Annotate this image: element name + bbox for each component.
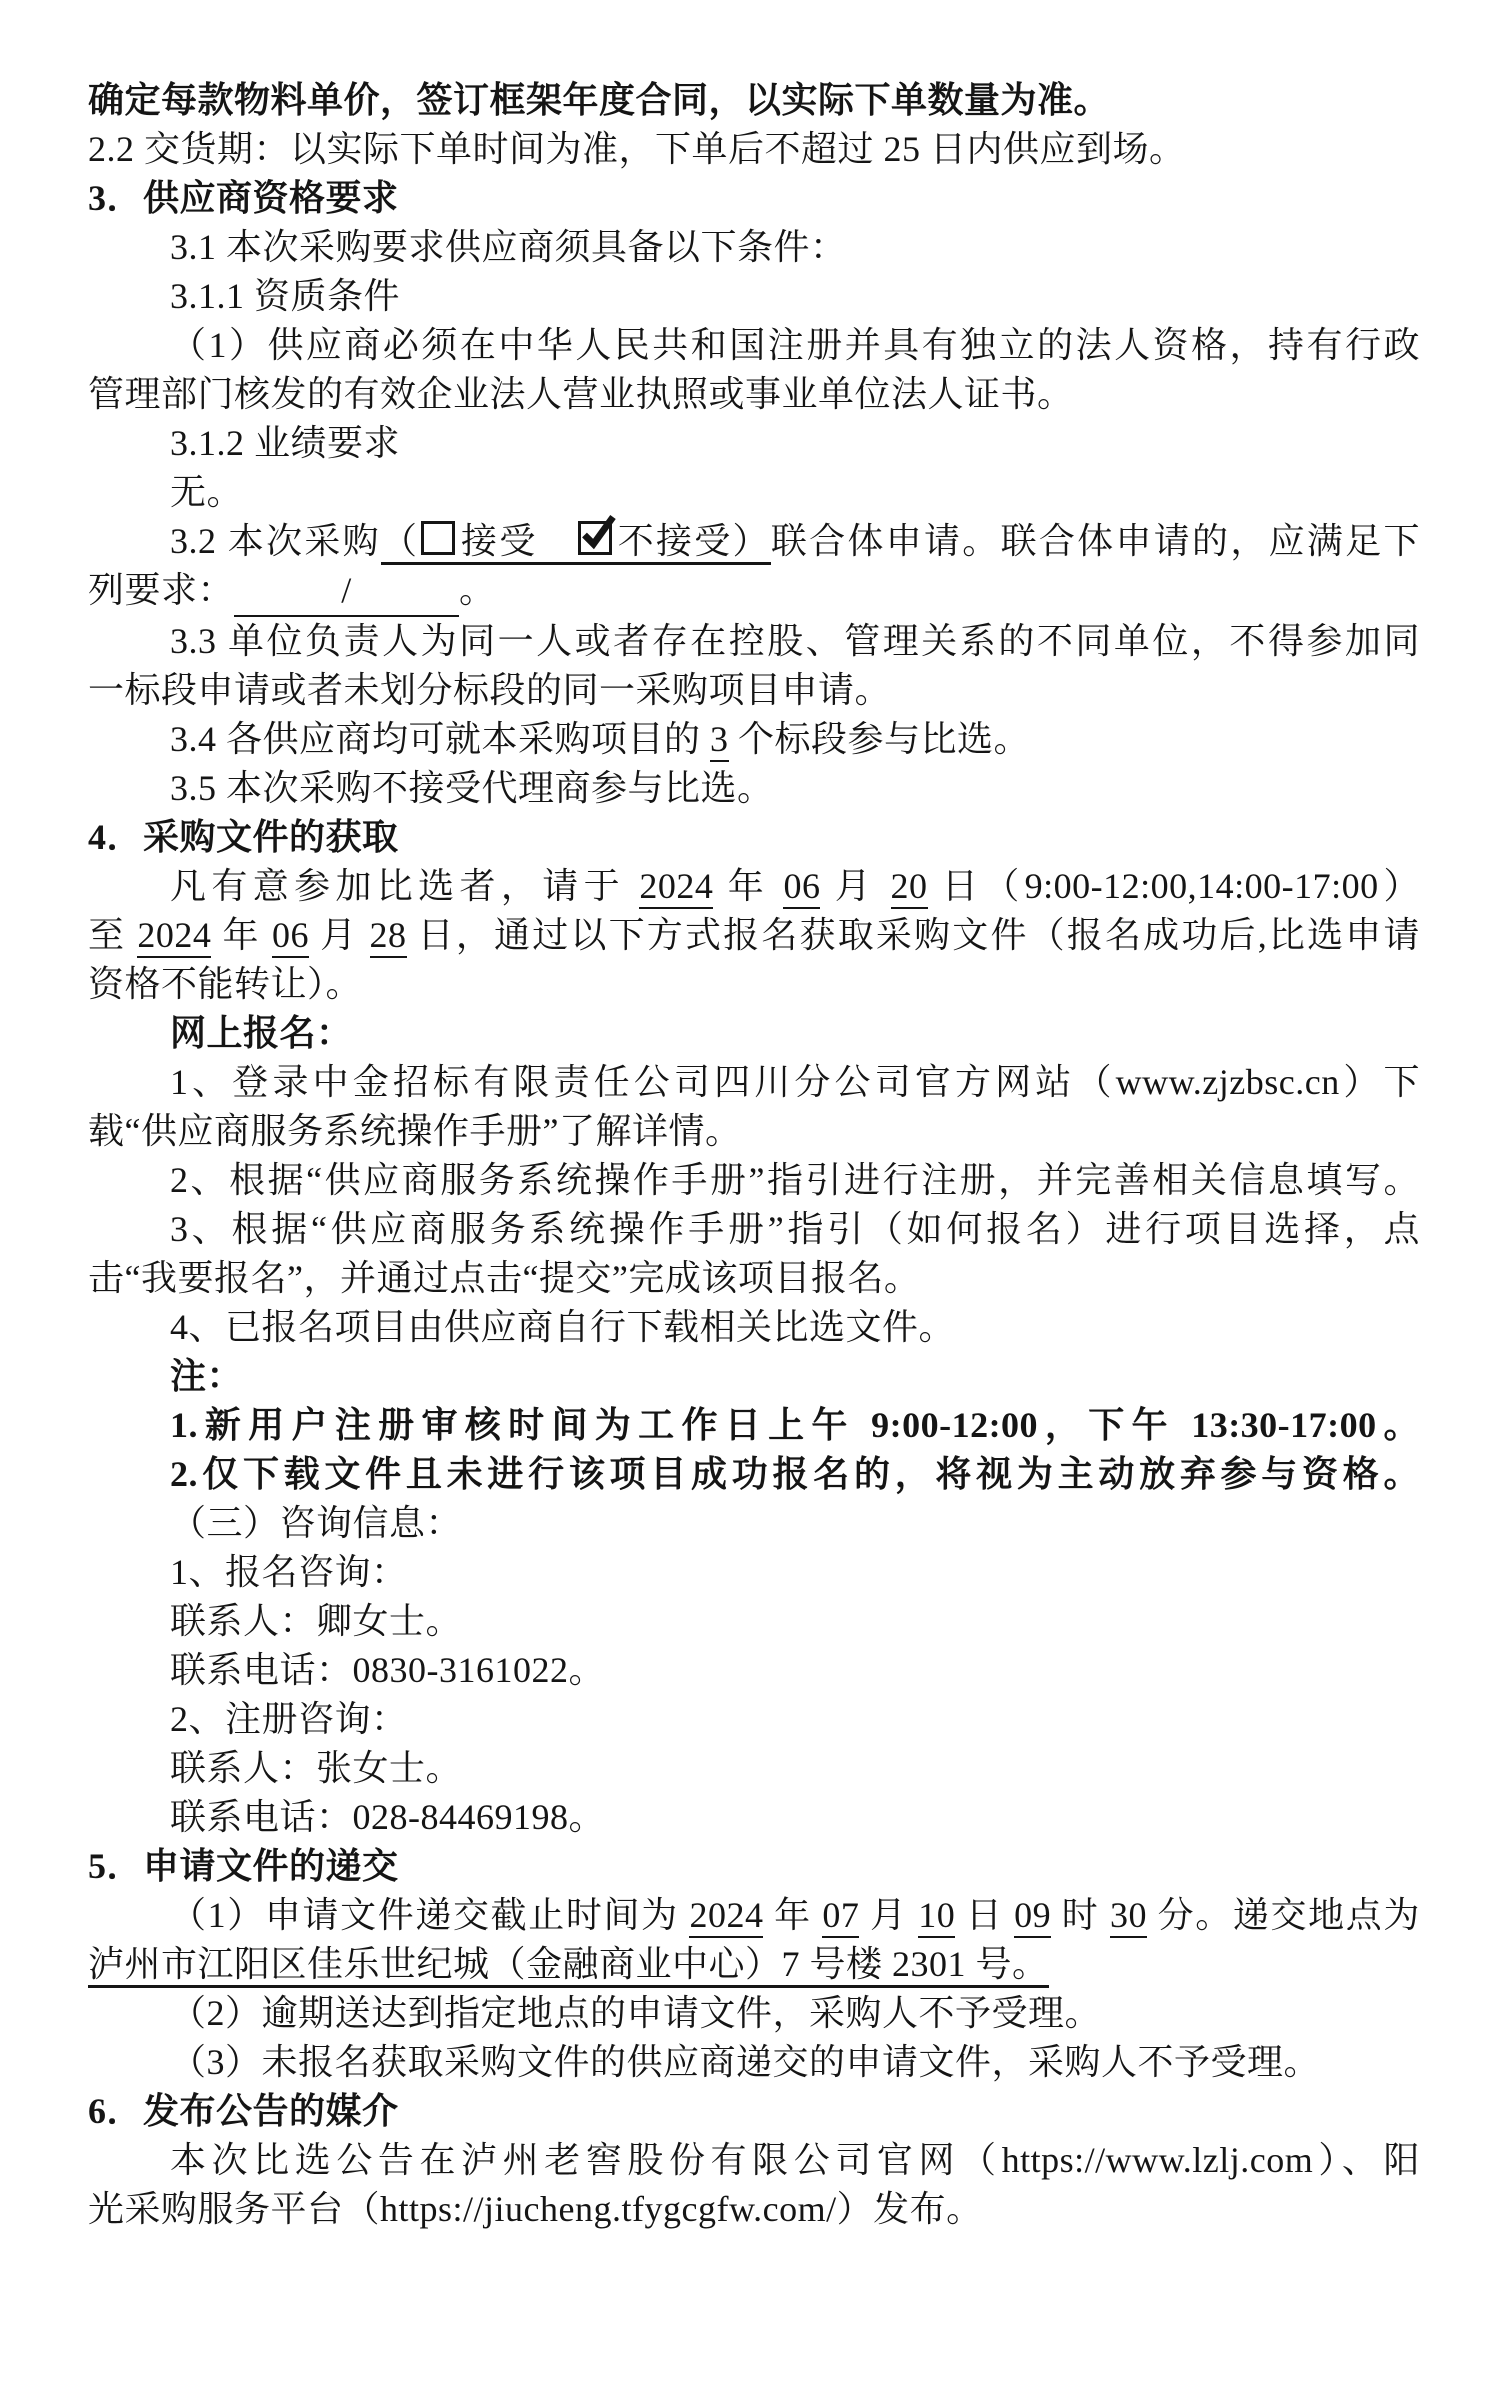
text-segment: 20: [891, 866, 928, 909]
text-line: 3.5 本次采购不接受代理商参与比选。: [88, 764, 1420, 813]
text-line: 3．供应商资格要求: [88, 174, 1420, 223]
text-segment: 28: [370, 915, 407, 958]
text-segment: 2024: [137, 915, 211, 958]
text-line: 至 2024 年 06 月 28 日，通过以下方式报名获取采购文件（报名成功后,…: [88, 911, 1420, 960]
text-segment: 30: [1110, 1895, 1147, 1938]
text-line: 资格不能转让）。: [88, 960, 1420, 1009]
text-line: 2、注册咨询：: [88, 1695, 1420, 1744]
text-line: 本次比选公告在泸州老窖股份有限公司官网（https://www.lzlj.com…: [88, 2136, 1420, 2185]
text-segment: 联系电话：028-84469198。: [170, 1797, 605, 1837]
text-segment: 1.新用户注册审核时间为工作日上午 9:00-12:00，下午 13:30-17…: [170, 1405, 1420, 1445]
text-segment: 09: [1014, 1895, 1051, 1938]
text-segment: 管理部门核发的有效企业法人营业执照或事业单位法人证书。: [88, 374, 1074, 414]
text-segment: 3.5 本次采购不接受代理商参与比选。: [170, 768, 774, 808]
text-segment: 月: [859, 1895, 918, 1935]
text-line: 注：: [88, 1352, 1420, 1401]
text-line: 确定每款物料单价，签订框架年度合同，以实际下单数量为准。: [88, 76, 1420, 125]
text-segment: （1）供应商必须在中华人民共和国注册并具有独立的法人资格，持有行政: [170, 325, 1420, 365]
text-segment: 3.1 本次采购要求供应商须具备以下条件：: [170, 227, 847, 267]
text-segment: 3.4 各供应商均可就本采购项目的: [170, 719, 710, 759]
text-segment: 07: [822, 1895, 859, 1938]
text-segment: 联系人：张女士。: [170, 1748, 462, 1788]
blank-slash: /: [234, 566, 459, 617]
checkbox-unchecked-icon: [421, 521, 455, 555]
text-line: 3.1.2 业绩要求: [88, 419, 1420, 468]
text-segment: 6．发布公告的媒介: [88, 2091, 399, 2131]
text-segment: 分。递交地点为: [1147, 1895, 1420, 1935]
text-line: 4．采购文件的获取: [88, 813, 1420, 862]
text-line: 3.3 单位负责人为同一人或者存在控股、管理关系的不同单位，不得参加同: [88, 617, 1420, 666]
text-line: 一标段申请或者未划分标段的同一采购项目申请。: [88, 666, 1420, 715]
text-segment: 资格不能转让）。: [88, 964, 362, 1004]
text-line: 3.4 各供应商均可就本采购项目的 3 个标段参与比选。: [88, 715, 1420, 764]
text-segment: 2024: [689, 1895, 763, 1938]
text-segment: （3）未报名获取采购文件的供应商递交的申请文件，采购人不予受理。: [170, 2042, 1320, 2082]
text-line: 无。: [88, 468, 1420, 517]
text-segment: 确定每款物料单价，签订框架年度合同，以实际下单数量为准。: [88, 80, 1110, 120]
text-line: 5．申请文件的递交: [88, 1842, 1420, 1891]
text-segment: 3、根据“供应商服务系统操作手册”指引（如何报名）进行项目选择，点: [170, 1209, 1420, 1249]
text-segment: 10: [918, 1895, 955, 1938]
text-segment: 注：: [170, 1356, 243, 1396]
text-segment: 年: [713, 866, 783, 906]
text-segment: （接受 不接受）: [381, 521, 771, 565]
text-line: 凡有意参加比选者，请于 2024 年 06 月 20 日（9:00-12:00,…: [88, 862, 1420, 911]
text-segment: 3.3 单位负责人为同一人或者存在控股、管理关系的不同单位，不得参加同: [170, 621, 1420, 661]
text-line: 联系电话：0830-3161022。: [88, 1646, 1420, 1695]
text-segment: 联系电话：0830-3161022。: [170, 1650, 605, 1690]
text-segment: 06: [272, 915, 309, 958]
text-segment: 凡有意参加比选者，请于: [170, 866, 639, 906]
text-line: 联系人：卿女士。: [88, 1597, 1420, 1646]
text-line: 4、已报名项目由供应商自行下载相关比选文件。: [88, 1303, 1420, 1352]
text-segment: 月: [309, 915, 370, 955]
checkbox-checked-icon: [578, 521, 612, 555]
text-segment: 日，通过以下方式报名获取采购文件（报名成功后,比选申请: [407, 915, 1420, 955]
text-line: 2、根据“供应商服务系统操作手册”指引进行注册，并完善相关信息填写。: [88, 1156, 1420, 1205]
text-line: （三）咨询信息：: [88, 1499, 1420, 1548]
text-segment: 本次比选公告在泸州老窖股份有限公司官网（https://www.lzlj.com…: [170, 2140, 1420, 2180]
text-segment: 网上报名：: [170, 1013, 353, 1053]
text-segment: 3: [710, 719, 729, 762]
text-segment: （2）逾期送达到指定地点的申请文件，采购人不予受理。: [170, 1993, 1101, 2033]
text-segment: 联系人：卿女士。: [170, 1601, 462, 1641]
text-line: 列要求：/。: [88, 566, 1420, 617]
text-line: 2.2 交货期：以实际下单时间为准，下单后不超过 25 日内供应到场。: [88, 125, 1420, 174]
text-segment: （: [381, 521, 419, 561]
text-segment: 2.仅下载文件且未进行该项目成功报名的，将视为主动放弃参与资格。: [170, 1454, 1420, 1494]
text-line: 1、报名咨询：: [88, 1548, 1420, 1597]
text-line: 3.1.1 资质条件: [88, 272, 1420, 321]
text-segment: 个标段参与比选。: [729, 719, 1031, 759]
document-page: 确定每款物料单价，签订框架年度合同，以实际下单数量为准。2.2 交货期：以实际下…: [88, 76, 1420, 2234]
text-segment: 无。: [170, 472, 243, 512]
text-segment: 3.1.1 资质条件: [170, 276, 400, 316]
text-segment: 一标段申请或者未划分标段的同一采购项目申请。: [88, 670, 891, 710]
text-segment: （三）咨询信息：: [170, 1503, 462, 1543]
text-segment: 泸州市江阳区佳乐世纪城（金融商业中心）7 号楼 2301 号。: [88, 1944, 1049, 1988]
text-segment: 月: [820, 866, 890, 906]
text-segment: 载“供应商服务系统操作手册”了解详情。: [88, 1111, 741, 1151]
text-segment: 5．申请文件的递交: [88, 1846, 399, 1886]
text-line: 载“供应商服务系统操作手册”了解详情。: [88, 1107, 1420, 1156]
text-segment: 列要求：: [88, 570, 234, 610]
text-segment: 1、报名咨询：: [170, 1552, 408, 1592]
text-line: 1.新用户注册审核时间为工作日上午 9:00-12:00，下午 13:30-17…: [88, 1401, 1420, 1450]
text-line: 3.1 本次采购要求供应商须具备以下条件：: [88, 223, 1420, 272]
text-line: （3）未报名获取采购文件的供应商递交的申请文件，采购人不予受理。: [88, 2038, 1420, 2087]
text-line: 2.仅下载文件且未进行该项目成功报名的，将视为主动放弃参与资格。: [88, 1450, 1420, 1499]
text-line: 光采购服务平台（https://jiucheng.tfygcgfw.com/）发…: [88, 2185, 1420, 2234]
text-segment: 日: [955, 1895, 1014, 1935]
text-segment: 年: [763, 1895, 822, 1935]
text-line: 6．发布公告的媒介: [88, 2087, 1420, 2136]
text-line: 1、登录中金招标有限责任公司四川分公司官方网站（www.zjzbsc.cn）下: [88, 1058, 1420, 1107]
text-segment: 不接受）: [616, 521, 771, 561]
text-segment: 4．采购文件的获取: [88, 817, 399, 857]
text-line: 泸州市江阳区佳乐世纪城（金融商业中心）7 号楼 2301 号。: [88, 1940, 1420, 1989]
text-line: 联系电话：028-84469198。: [88, 1793, 1420, 1842]
text-segment: 接受: [459, 521, 576, 561]
text-segment: （1）申请文件递交截止时间为: [170, 1895, 689, 1935]
text-line: 击“我要报名”，并通过点击“提交”完成该项目报名。: [88, 1254, 1420, 1303]
text-line: （2）逾期送达到指定地点的申请文件，采购人不予受理。: [88, 1989, 1420, 2038]
text-line: 管理部门核发的有效企业法人营业执照或事业单位法人证书。: [88, 370, 1420, 419]
text-line: 3、根据“供应商服务系统操作手册”指引（如何报名）进行项目选择，点: [88, 1205, 1420, 1254]
text-segment: 2024: [639, 866, 713, 909]
text-line: 3.2 本次采购（接受 不接受）联合体申请。联合体申请的，应满足下: [88, 517, 1420, 566]
text-segment: 2、注册咨询：: [170, 1699, 408, 1739]
text-line: 网上报名：: [88, 1009, 1420, 1058]
text-line: （1）供应商必须在中华人民共和国注册并具有独立的法人资格，持有行政: [88, 321, 1420, 370]
text-segment: 时: [1051, 1895, 1110, 1935]
text-segment: 1、登录中金招标有限责任公司四川分公司官方网站（www.zjzbsc.cn）下: [170, 1062, 1420, 1102]
text-line: （1）申请文件递交截止时间为 2024 年 07 月 10 日 09 时 30 …: [88, 1891, 1420, 1940]
text-segment: 3.2 本次采购: [170, 521, 381, 561]
text-segment: 光采购服务平台（https://jiucheng.tfygcgfw.com/）发…: [88, 2189, 983, 2229]
text-segment: 击“我要报名”，并通过点击“提交”完成该项目报名。: [88, 1258, 920, 1298]
text-segment: 2.2 交货期：以实际下单时间为准，下单后不超过 25 日内供应到场。: [88, 129, 1186, 169]
text-segment: 4、已报名项目由供应商自行下载相关比选文件。: [170, 1307, 955, 1347]
text-segment: 日（9:00-12:00,14:00-17:00）: [928, 866, 1420, 906]
text-segment: 联合体申请。联合体申请的，应满足下: [771, 521, 1420, 561]
text-segment: 2、根据“供应商服务系统操作手册”指引进行注册，并完善相关信息填写。: [170, 1160, 1420, 1200]
text-segment: 至: [88, 915, 137, 955]
text-segment: 3．供应商资格要求: [88, 178, 399, 218]
text-segment: 。: [459, 570, 496, 610]
text-segment: 年: [211, 915, 272, 955]
text-line: 联系人：张女士。: [88, 1744, 1420, 1793]
text-segment: 3.1.2 业绩要求: [170, 423, 400, 463]
text-segment: 06: [783, 866, 820, 909]
